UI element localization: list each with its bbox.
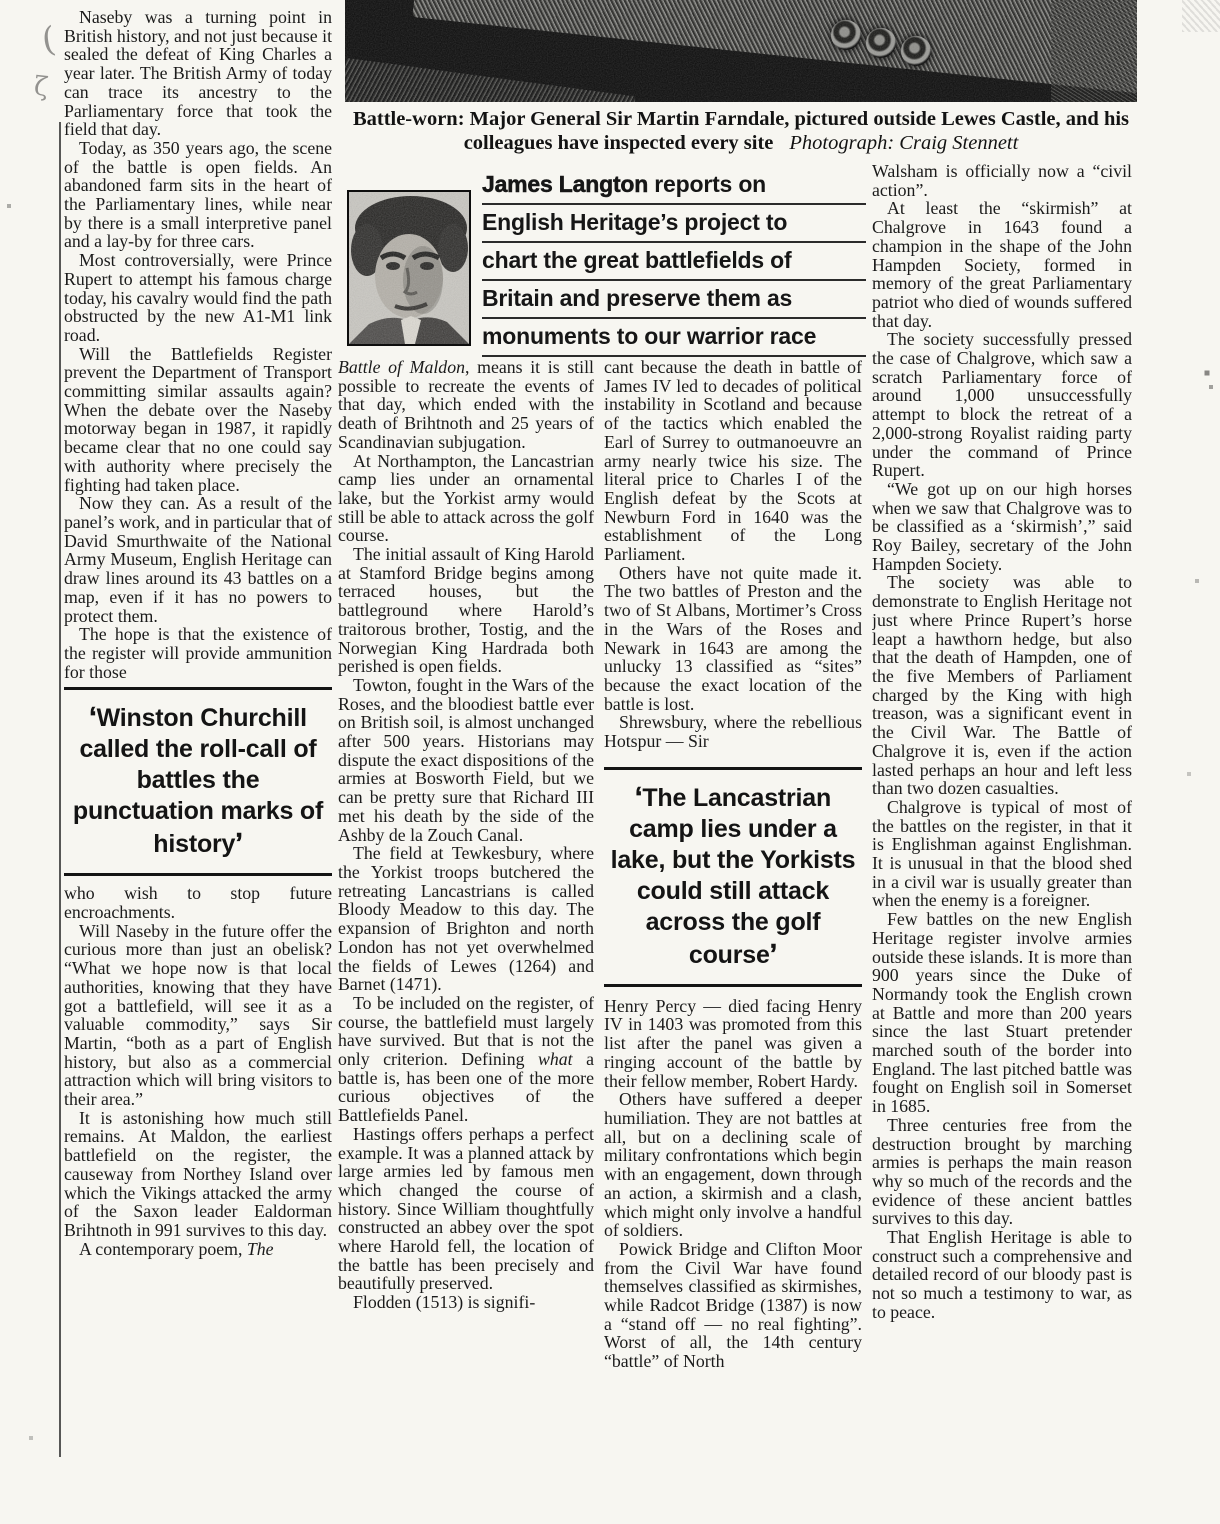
text-segment: The hope is that the existence of the re… — [64, 624, 332, 681]
body-paragraph: Few battles on the new English Heritage … — [872, 910, 1132, 1116]
standfirst-line: Britain and preserve them as — [482, 281, 866, 319]
text-segment: who wish to stop future encroachments. — [64, 883, 332, 922]
body-paragraph: Towton, fought in the Wars of the Roses,… — [338, 676, 594, 844]
body-paragraph: Most controversially, were Prince Rupert… — [64, 251, 332, 345]
body-column-3: cant because the death in battle of Jame… — [604, 358, 862, 1516]
text-segment: Henry Percy — died facing Henry IV in 14… — [604, 996, 862, 1091]
body-paragraph: “We got up on our high horses when we sa… — [872, 480, 1132, 574]
text-segment: The initial assault of King Harold at St… — [338, 544, 594, 676]
pen-mark: ζ — [32, 71, 49, 102]
body-paragraph: The field at Tewkesbury, where the Yorki… — [338, 844, 594, 994]
close-quote-mark: ’ — [235, 827, 242, 858]
standfirst-line: English Heritage’s project to — [482, 205, 866, 243]
body-paragraph: Chalgrove is typical of most of the batt… — [872, 798, 1132, 910]
column-text-block: Walsham is officially now a “civil actio… — [872, 162, 1132, 1322]
body-paragraph: Hastings offers perhaps a perfect exampl… — [338, 1125, 594, 1293]
text-segment: “We got up on our high horses when we sa… — [872, 479, 1132, 574]
body-column-2: Battle of Maldon, means it is still poss… — [338, 358, 594, 1516]
column-text-block: Naseby was a turning point in British hi… — [64, 8, 332, 681]
body-paragraph: The society was able to demonstrate to E… — [872, 573, 1132, 797]
body-paragraph: Shrewsbury, where the rebellious Hotspur… — [604, 713, 862, 750]
text-segment: Now they can. As a result of the panel’s… — [64, 493, 332, 625]
text-segment: Towton, fought in the Wars of the Roses,… — [338, 675, 594, 845]
standfirst-line: chart the great battlefields of — [482, 243, 866, 281]
text-segment: Few battles on the new English Heritage … — [872, 909, 1132, 1116]
body-column-4: Walsham is officially now a “civil actio… — [872, 162, 1132, 1516]
body-paragraph: Others have not quite made it. The two b… — [604, 564, 862, 714]
body-paragraph: cant because the death in battle of Jame… — [604, 358, 862, 564]
text-segment: The society was able to demonstrate to E… — [872, 572, 1132, 798]
standfirst: James Langton reports on English Heritag… — [482, 167, 866, 357]
portrait-illustration — [349, 192, 469, 344]
text-segment: Others have suffered a deeper humiliatio… — [604, 1089, 862, 1240]
column-text-block: Battle of Maldon, means it is still poss… — [338, 358, 594, 1312]
body-paragraph: Three centuries free from the destructio… — [872, 1116, 1132, 1228]
pen-mark: ( — [39, 19, 58, 60]
column-text-block: Henry Percy — died facing Henry IV in 14… — [604, 997, 862, 1371]
left-margin-rule — [59, 122, 61, 1457]
text-segment: Flodden (1513) is signifi- — [353, 1292, 535, 1312]
text-segment: The society successfully pressed the cas… — [872, 329, 1132, 480]
body-column-1: Naseby was a turning point in British hi… — [64, 8, 332, 1516]
scan-specks — [0, 0, 2, 2]
body-paragraph: Henry Percy — died facing Henry IV in 14… — [604, 997, 862, 1091]
photo-corner-fragment — [1182, 0, 1220, 32]
italic-text-segment: what — [538, 1049, 573, 1069]
text-segment: Chalgrove is typical of most of the batt… — [872, 797, 1132, 911]
text-segment: Others have not quite made it. The two b… — [604, 563, 862, 714]
body-paragraph: Today, as 350 years ago, the scene of th… — [64, 139, 332, 251]
pull-quote-lancastrian: ‘The Lancastrian camp lies under a lake,… — [604, 767, 862, 987]
pull-quote-text: Winston Churchill called the roll-call o… — [73, 704, 323, 858]
photo-credit: Photograph: Craig Stennett — [789, 132, 1018, 154]
text-segment: Naseby was a turning point in British hi… — [64, 8, 332, 139]
italic-text-segment: Battle of Maldon — [338, 358, 465, 377]
body-paragraph: Will the Battlefields Register prevent t… — [64, 345, 332, 495]
body-paragraph: The society successfully pressed the cas… — [872, 330, 1132, 480]
text-segment: At least the “skirmish” at Chalgrove in … — [872, 198, 1132, 330]
text-segment: Powick Bridge and Clifton Moor from the … — [604, 1239, 862, 1371]
text-segment: The field at Tewkesbury, where the Yorki… — [338, 843, 594, 994]
text-segment: A contemporary poem, — [79, 1239, 247, 1259]
byline-portrait — [347, 190, 471, 346]
text-segment: Will the Battlefields Register prevent t… — [64, 344, 332, 495]
text-segment: cant because the death in battle of Jame… — [604, 358, 862, 564]
standfirst-text: reports on — [648, 171, 766, 197]
text-segment: At Northampton, the Lancastrian camp lie… — [338, 451, 594, 546]
text-segment: Walsham is officially now a “civil actio… — [872, 162, 1132, 200]
text-segment: Most controversially, were Prince Rupert… — [64, 250, 332, 345]
text-segment: Today, as 350 years ago, the scene of th… — [64, 138, 332, 252]
body-paragraph: At least the “skirmish” at Chalgrove in … — [872, 199, 1132, 330]
italic-text-segment: The — [247, 1239, 274, 1259]
text-segment: It is astonishing how much still remains… — [64, 1108, 332, 1240]
body-paragraph: That English Heritage is able to constru… — [872, 1228, 1132, 1322]
body-paragraph: Battle of Maldon, means it is still poss… — [338, 358, 594, 452]
body-paragraph: The initial assault of King Harold at St… — [338, 545, 594, 676]
standfirst-line: James Langton reports on — [482, 167, 866, 205]
pull-quote-churchill: ‘Winston Churchill called the roll-call … — [64, 687, 332, 876]
body-paragraph: Now they can. As a result of the panel’s… — [64, 494, 332, 625]
text-segment: Three centuries free from the destructio… — [872, 1115, 1132, 1229]
body-paragraph: Naseby was a turning point in British hi… — [64, 8, 332, 139]
body-paragraph: A contemporary poem, The — [64, 1240, 332, 1259]
body-paragraph: Walsham is officially now a “civil actio… — [872, 162, 1132, 199]
newspaper-page: ( ζ Battle-worn: Major General Sir Marti… — [0, 0, 1220, 1524]
body-paragraph: who wish to stop future encroachments. — [64, 884, 332, 921]
standfirst-line: monuments to our warrior race — [482, 319, 866, 357]
body-paragraph: It is astonishing how much still remains… — [64, 1109, 332, 1240]
pull-quote-text: The Lancastrian camp lies under a lake, … — [611, 784, 856, 969]
body-paragraph: Will Naseby in the future offer the curi… — [64, 922, 332, 1109]
column-text-block: who wish to stop future encroachments.Wi… — [64, 884, 332, 1258]
column-text-block: cant because the death in battle of Jame… — [604, 358, 862, 751]
close-quote-mark: ’ — [770, 938, 777, 969]
body-paragraph: Flodden (1513) is signifi- — [338, 1293, 594, 1312]
film-grain-overlay — [345, 0, 1137, 102]
body-paragraph: At Northampton, the Lancastrian camp lie… — [338, 452, 594, 546]
text-segment: Shrewsbury, where the rebellious Hotspur… — [604, 712, 862, 751]
body-paragraph: Powick Bridge and Clifton Moor from the … — [604, 1240, 862, 1371]
text-segment: That English Heritage is able to constru… — [872, 1227, 1132, 1322]
open-quote-mark: ‘ — [89, 701, 96, 732]
author-name: James Langton — [482, 171, 648, 197]
photo-caption: Battle-worn: Major General Sir Martin Fa… — [345, 107, 1137, 155]
body-paragraph: Others have suffered a deeper humiliatio… — [604, 1090, 862, 1240]
photo-tweed-sleeve — [345, 0, 1137, 102]
body-paragraph: To be included on the register, of cours… — [338, 994, 594, 1125]
body-paragraph: The hope is that the existence of the re… — [64, 625, 332, 681]
text-segment: Hastings offers perhaps a perfect exampl… — [338, 1124, 594, 1294]
text-segment: Will Naseby in the future offer the curi… — [64, 921, 332, 1109]
